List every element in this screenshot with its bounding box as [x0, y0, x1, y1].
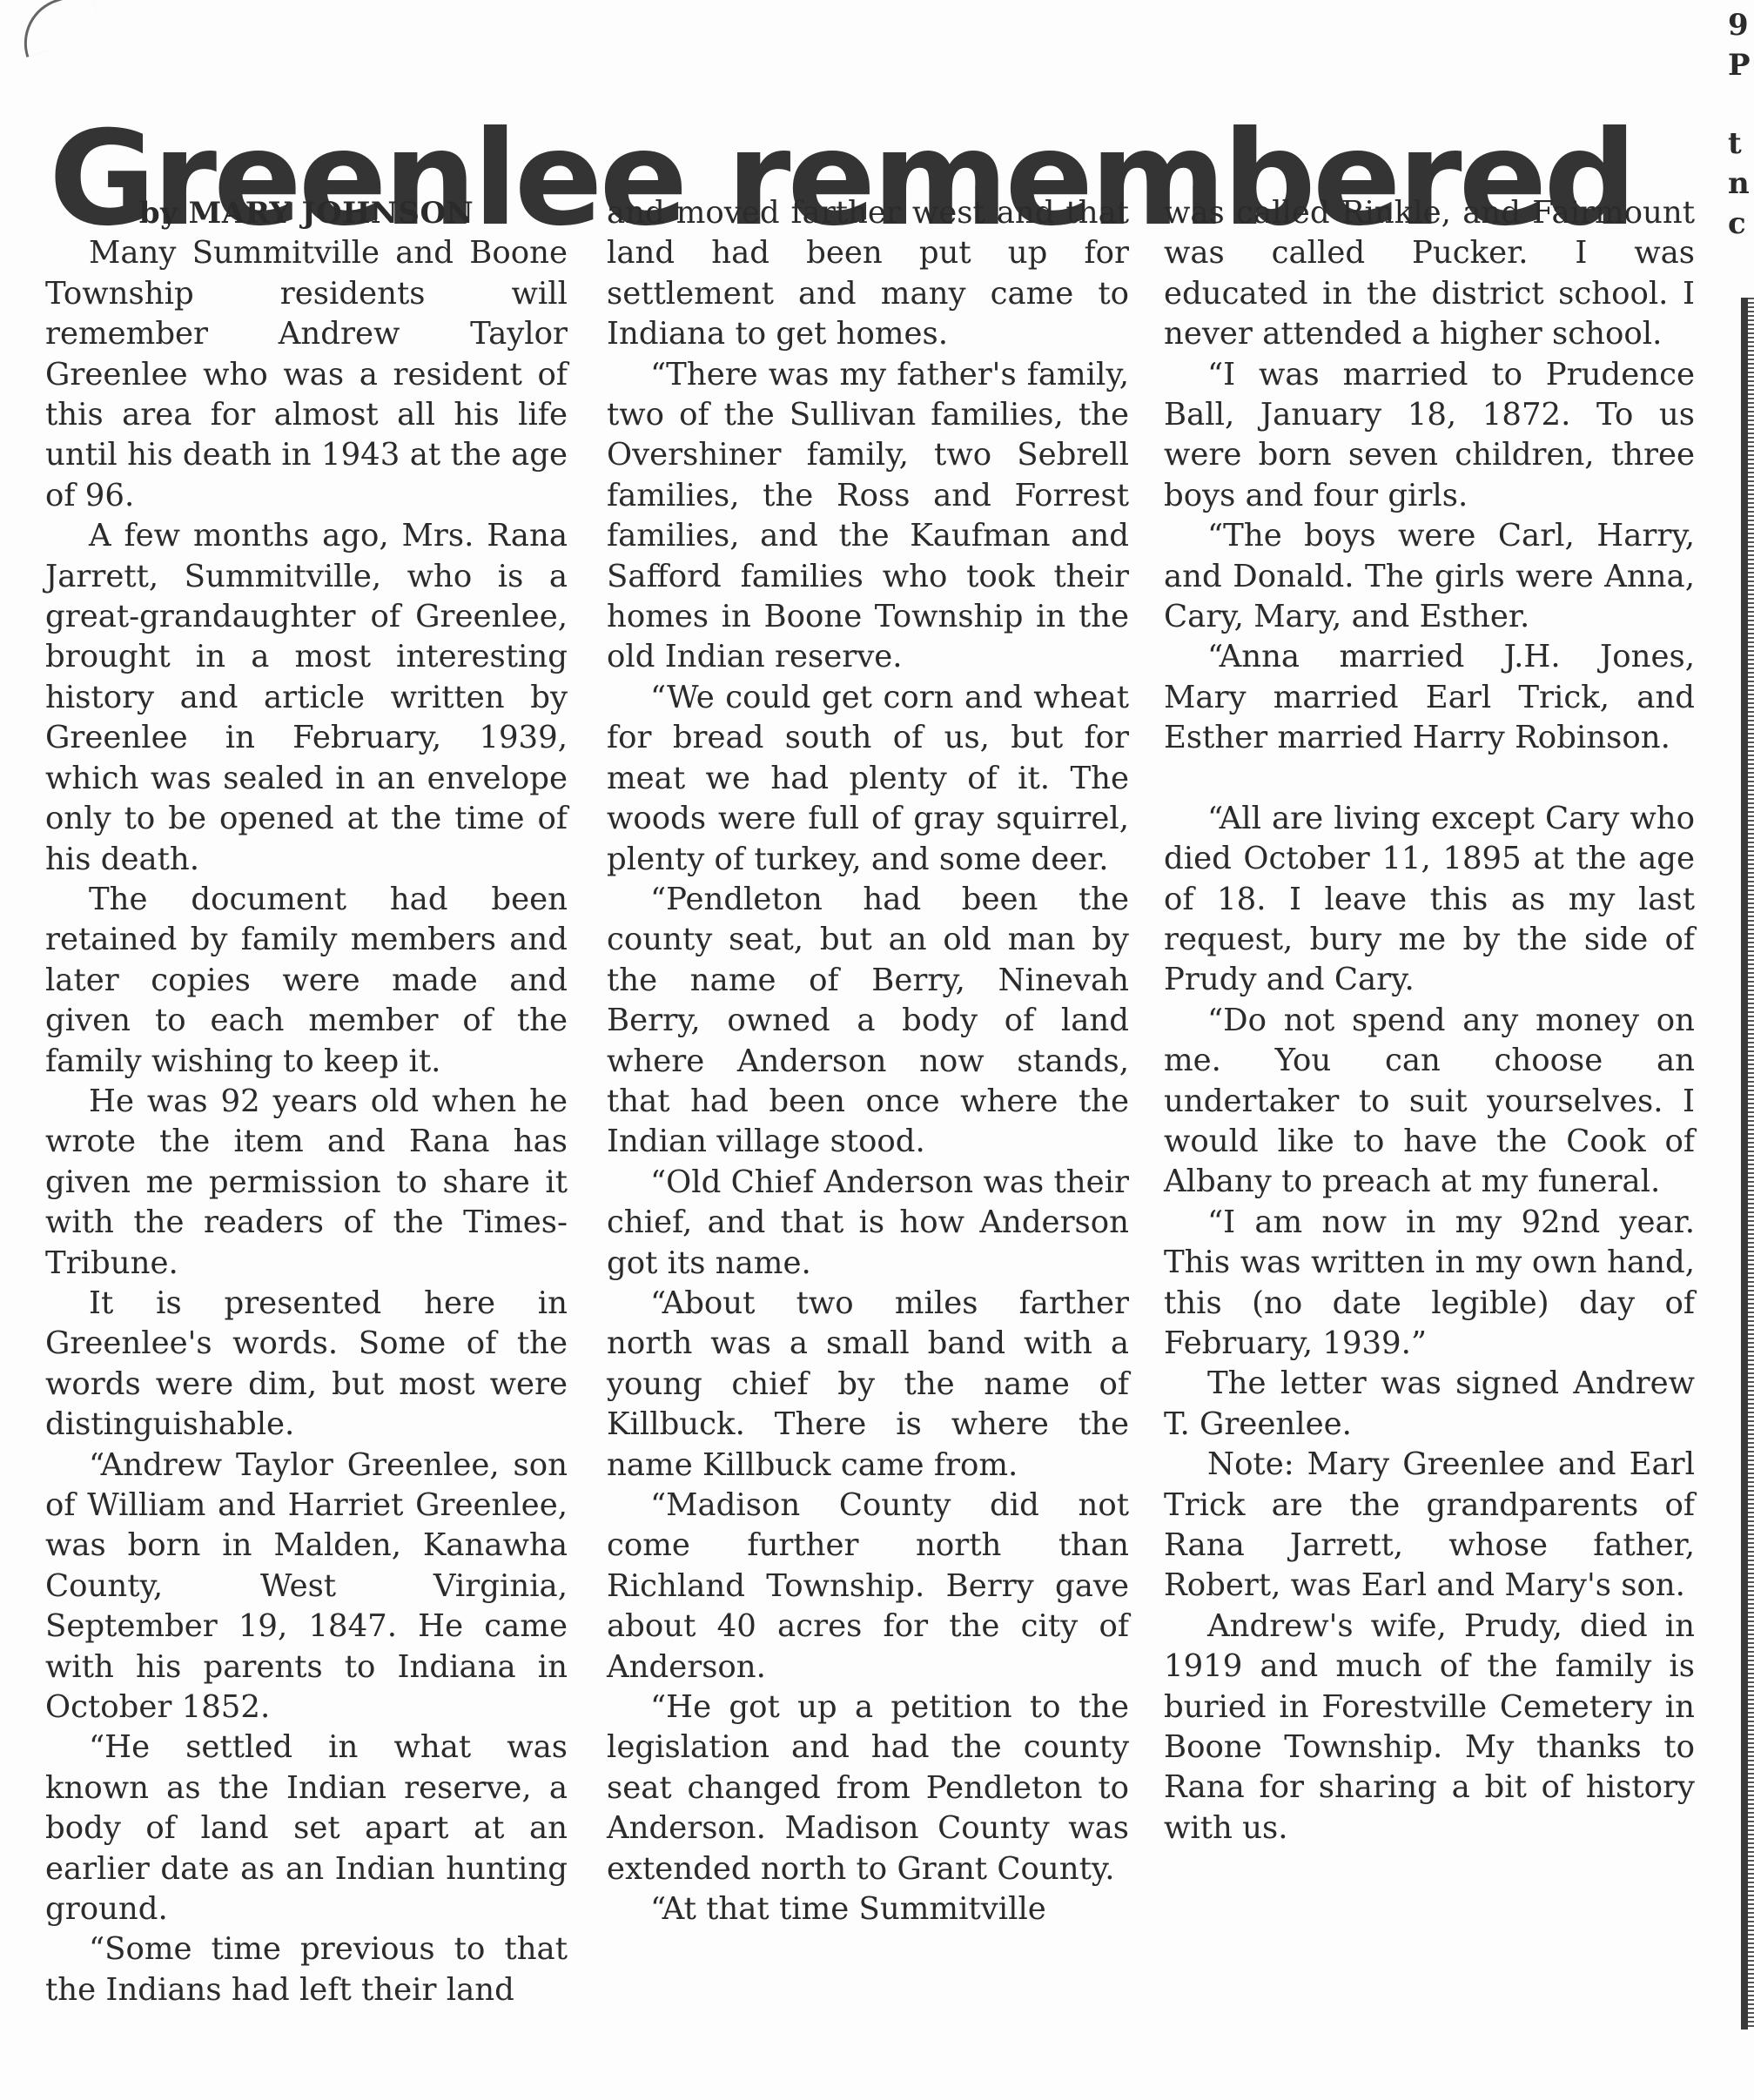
paragraph: A few months ago, Mrs. Rana Jarrett, Sum…: [45, 516, 568, 880]
paragraph: “Andrew Taylor Greenlee, son of William …: [45, 1446, 568, 1728]
paragraph: “He settled in what was known as the Ind…: [45, 1728, 568, 1929]
fragment-letter: P: [1728, 45, 1751, 85]
paragraph: “I am now in my 92nd year. This was writ…: [1164, 1203, 1695, 1365]
paragraph: Note: Mary Greenlee and Earl Trick are t…: [1164, 1445, 1695, 1607]
fragment-letter: c: [1728, 204, 1746, 244]
article-column-3: was called Rinkle, and Fairmount was cal…: [1164, 193, 1695, 1848]
paragraph: Many Summitville and Boone Township resi…: [45, 233, 568, 516]
paragraph: It is presented here in Greenlee's words…: [45, 1284, 568, 1446]
paragraph: “The boys were Carl, Harry, and Donald. …: [1164, 516, 1695, 637]
paragraph: “He got up a petition to the legislation…: [607, 1687, 1129, 1889]
paragraph: The letter was signed Andrew T. Greenlee…: [1164, 1364, 1695, 1445]
paragraph: “At that time Summitville: [607, 1889, 1129, 1929]
fragment-letter: t: [1728, 124, 1742, 164]
article-column-2: and moved farther west and that land had…: [607, 193, 1129, 1929]
fragment-letter: 9: [1728, 5, 1749, 45]
paragraph: “We could get corn and wheat for bread s…: [607, 678, 1129, 880]
fragment-letter: n: [1728, 164, 1750, 204]
paragraph: Andrew's wife, Prudy, died in 1919 and m…: [1164, 1607, 1695, 1848]
scan-mark: [12, 0, 104, 57]
paragraph: “About two miles farther north was a sma…: [607, 1284, 1129, 1486]
paragraph: and moved farther west and that land had…: [607, 193, 1129, 355]
paragraph: “Madison County did not come further nor…: [607, 1486, 1129, 1687]
paragraph: “I was married to Prudence Ball, January…: [1164, 355, 1695, 517]
next-article-headline-clipped: [42, 2070, 1696, 2100]
paragraph: “Some time previous to that the Indians …: [45, 1929, 568, 2010]
byline: by MARY JOHNSON: [45, 193, 568, 233]
paragraph: was called Rinkle, and Fairmount was cal…: [1164, 193, 1695, 355]
paragraph: “There was my father's family, two of th…: [607, 355, 1129, 678]
article-column-1: by MARY JOHNSON Many Summitville and Boo…: [45, 193, 568, 2010]
paragraph: “Pendleton had been the county seat, but…: [607, 880, 1129, 1163]
paragraph: The document had been retained by family…: [45, 880, 568, 1082]
paragraph: “Old Chief Anderson was their chief, and…: [607, 1163, 1129, 1284]
paragraph: “Do not spend any money on me. You can c…: [1164, 1001, 1695, 1203]
adjacent-box-rule: [1741, 298, 1754, 2030]
paragraph: He was 92 years old when he wrote the it…: [45, 1082, 568, 1284]
paragraph: “Anna married J.H. Jones, Mary married E…: [1164, 637, 1695, 758]
paragraph: “All are living except Cary who died Oct…: [1164, 799, 1695, 1001]
